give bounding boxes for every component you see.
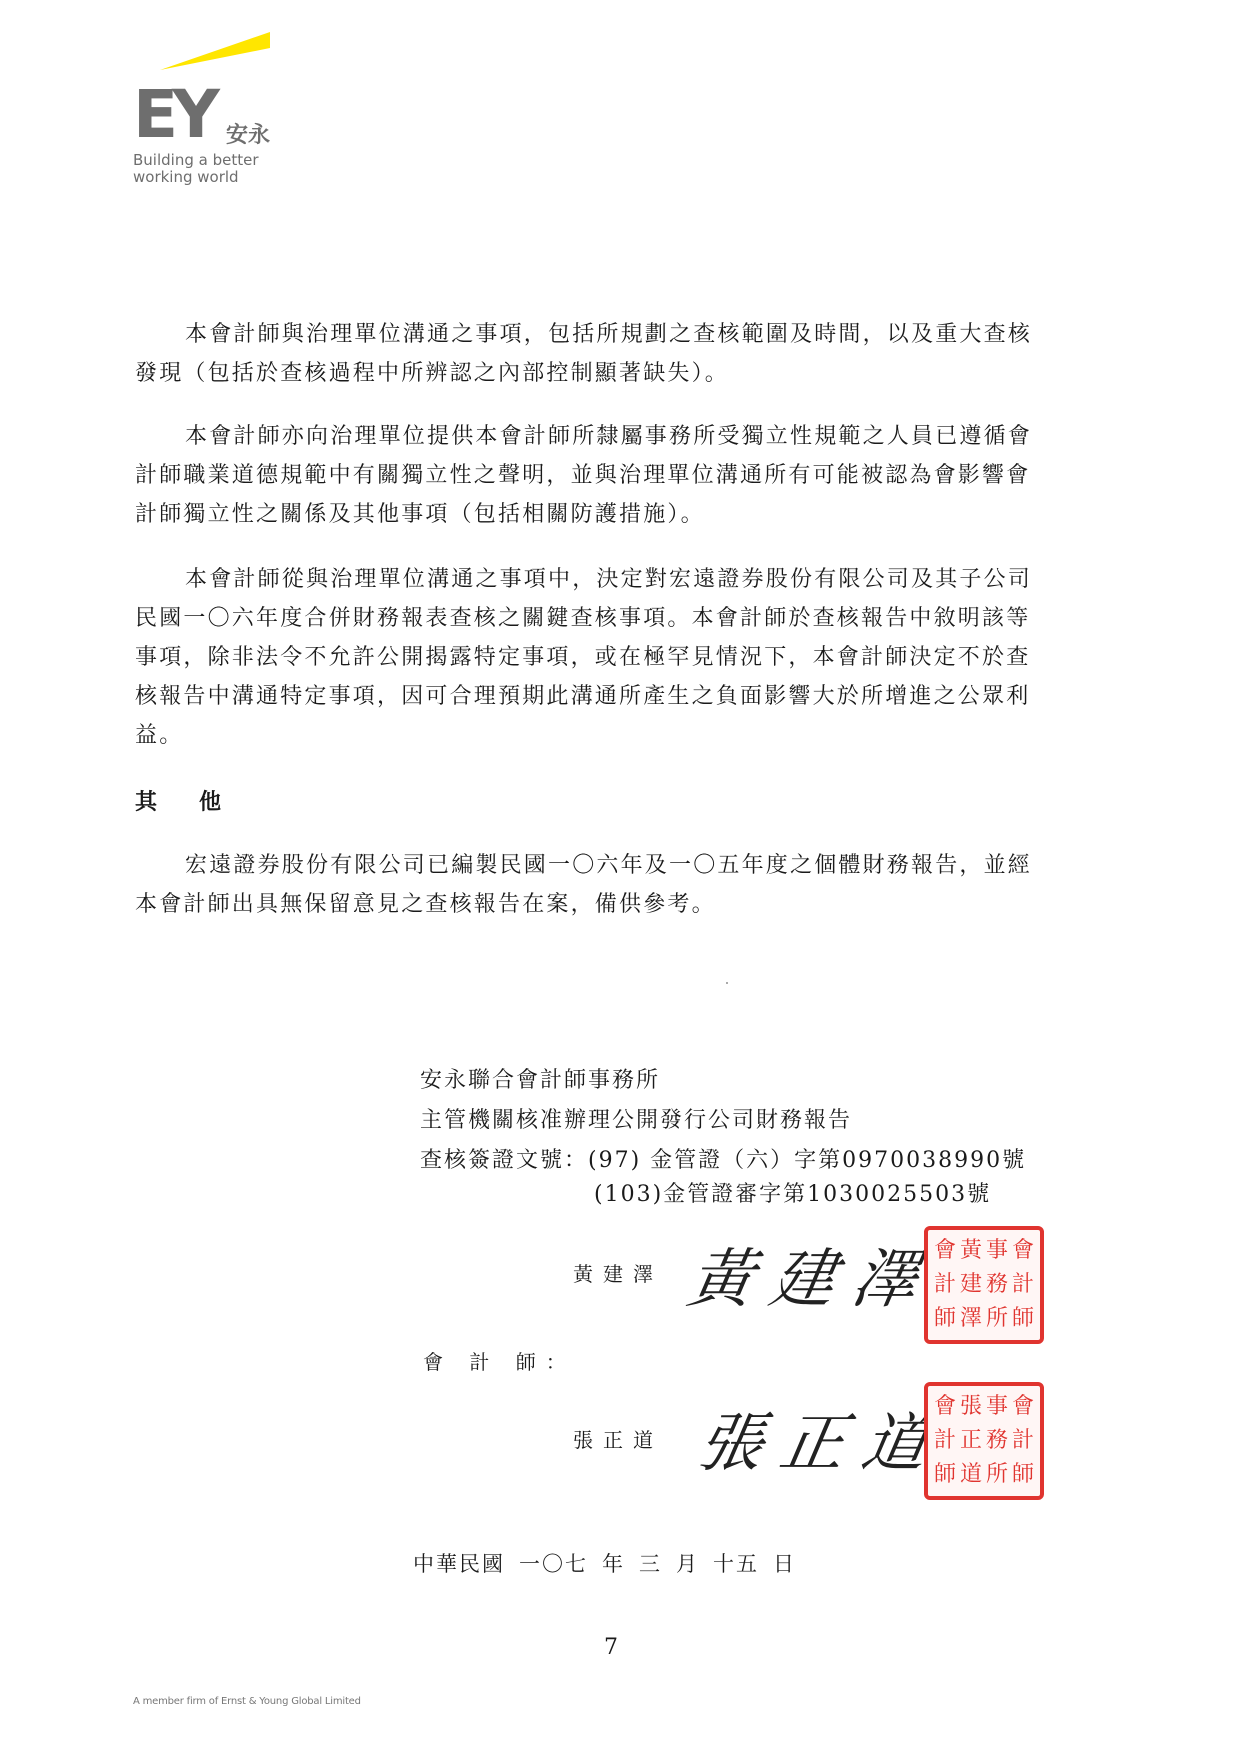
para-line: 宏遠證券股份有限公司已編製民國一〇六年及一〇五年度之個體財務報告，並經 — [135, 846, 1090, 885]
ey-mark: EY — [133, 82, 214, 148]
para-line: 益。 — [135, 716, 1090, 755]
section-heading-other: 其他 — [135, 785, 221, 816]
ey-beam-icon — [160, 32, 270, 72]
date-month-unit: 月 — [676, 1552, 699, 1576]
scan-speck — [726, 982, 728, 984]
para-line: 本會計師出具無保留意見之查核報告在案，備供參考。 — [135, 885, 1090, 924]
para-line: 民國一〇六年度合併財務報表查核之關鍵查核事項。本會計師於查核報告中敘明該等 — [135, 599, 1090, 638]
printed-name-2: 張正道 — [573, 1424, 663, 1453]
para-line: 本會計師與治理單位溝通之事項，包括所規劃之查核範圍及時間，以及重大查核 — [135, 315, 1090, 354]
date-month: 三 — [639, 1552, 662, 1576]
page-number: 7 — [604, 1635, 618, 1660]
firm-name: 安永聯合會計師事務所 — [420, 1061, 1026, 1101]
cert-line-2: (103)金管證審字第1030025503號 — [420, 1175, 1026, 1215]
para-line: 計師職業道德規範中有關獨立性之聲明，並與治理單位溝通所有可能被認為會影響會 — [135, 456, 1090, 495]
paragraph-key-audit-matters: 本會計師從與治理單位溝通之事項中，決定對宏遠證券股份有限公司及其子公司 民國一〇… — [135, 560, 1090, 755]
tagline-line-2: working world — [133, 169, 259, 186]
handwritten-signature-2: 張正道 — [692, 1392, 954, 1484]
ey-logo: EY 安永 Building a better working world — [133, 26, 283, 196]
date-year: 一〇七 — [519, 1552, 588, 1576]
seal-stamp-2: 會張事會 計正務計 師道所師 — [924, 1382, 1044, 1500]
report-date: 中華民國一〇七年三月十五日 — [413, 1548, 810, 1578]
paragraph-independence: 本會計師亦向治理單位提供本會計師所隸屬事務所受獨立性規範之人員已遵循會 計師職業… — [135, 417, 1090, 534]
footer-text: A member firm of Ernst & Young Global Li… — [133, 1696, 361, 1707]
printed-name-1: 黃建澤 — [573, 1258, 663, 1287]
para-line: 計師獨立性之關係及其他事項（包括相關防護措施）。 — [135, 495, 1090, 534]
date-day: 十五 — [713, 1552, 759, 1576]
heading-char: 其 — [135, 789, 157, 815]
approval-line: 主管機關核准辦理公開發行公司財務報告 — [420, 1101, 1026, 1141]
tagline-line-1: Building a better — [133, 152, 259, 169]
heading-char: 他 — [199, 789, 221, 815]
para-line: 發現（包括於查核過程中所辨認之內部控制顯著缺失）。 — [135, 354, 1090, 393]
paragraph-governance-communication: 本會計師與治理單位溝通之事項，包括所規劃之查核範圍及時間，以及重大查核 發現（包… — [135, 315, 1090, 393]
accountant-label: 會 計 師： — [423, 1346, 576, 1375]
para-line: 核報告中溝通特定事項，因可合理預期此溝通所產生之負面影響大於所增進之公眾利 — [135, 677, 1090, 716]
date-year-unit: 年 — [602, 1552, 625, 1576]
para-line: 本會計師亦向治理單位提供本會計師所隸屬事務所受獨立性規範之人員已遵循會 — [135, 417, 1090, 456]
ey-tagline: Building a better working world — [133, 152, 259, 186]
para-line: 本會計師從與治理單位溝通之事項中，決定對宏遠證券股份有限公司及其子公司 — [135, 560, 1090, 599]
date-era: 中華民國 — [413, 1552, 505, 1576]
ey-chinese-name: 安永 — [226, 118, 270, 149]
seal-stamp-1: 會黃事會 計建務計 師澤所師 — [924, 1226, 1044, 1344]
para-line: 事項，除非法令不允許公開揭露特定事項，或在極罕見情況下，本會計師決定不於查 — [135, 638, 1090, 677]
paragraph-other: 宏遠證券股份有限公司已編製民國一〇六年及一〇五年度之個體財務報告，並經 本會計師… — [135, 846, 1090, 924]
handwritten-signature-1: 黃建澤 — [682, 1228, 944, 1320]
date-day-unit: 日 — [773, 1552, 796, 1576]
firm-info: 安永聯合會計師事務所 主管機關核准辦理公開發行公司財務報告 查核簽證文號：(97… — [420, 1061, 1026, 1215]
